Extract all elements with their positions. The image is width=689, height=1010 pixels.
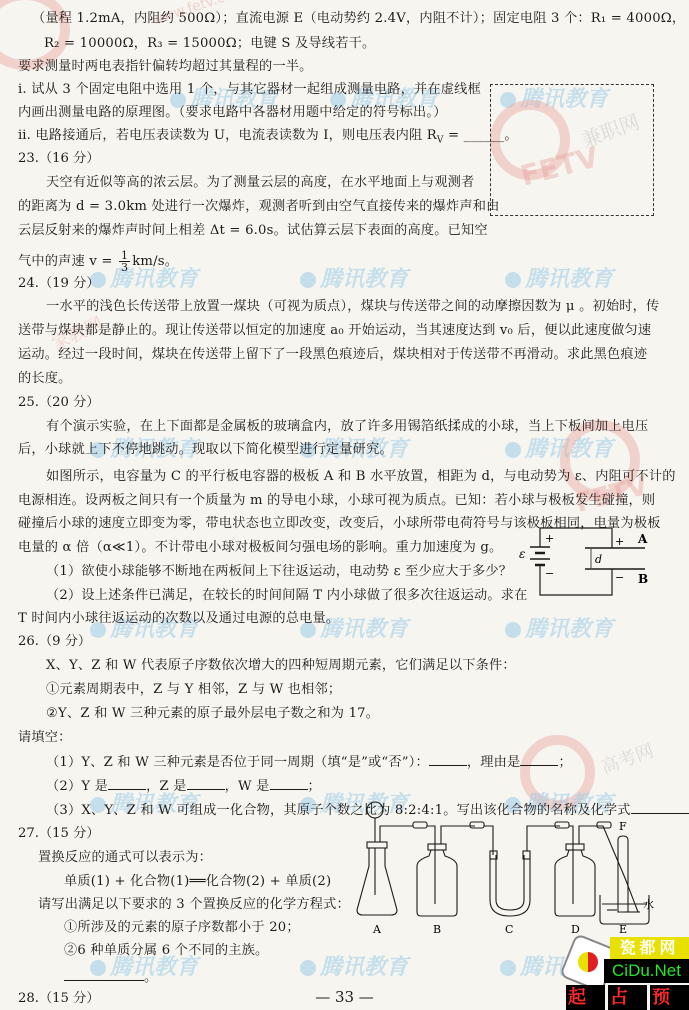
apparatus-label-f: F (619, 820, 627, 833)
answer-blank[interactable] (429, 753, 467, 766)
watermark-fetv-circle (520, 735, 595, 810)
exam-page: www.fetv.cc 腾讯教育 腾讯教育 腾讯教育 FETV 兼职网 腾讯教育… (0, 0, 689, 1010)
q22-requirement: 要求测量时两电表指针偏转均超过其量程的一半。 (18, 58, 313, 76)
apparatus-label-e: E (619, 923, 627, 935)
punctuation: ； (558, 755, 571, 770)
q23-text-line: 气中的声速 v = 13km/s。 (18, 250, 178, 273)
q23-sound-speed-label: 气中的声速 v = (18, 254, 117, 269)
q22-sub-i: 内画出测量电路的原理图。（要求电路中各器材用题中给定的符号标出。） (18, 104, 447, 122)
q24-text-line: 的长度。 (18, 370, 72, 388)
punctuation: 。 (144, 970, 157, 985)
q27-requirement: ②6 种单质分属 6 个不同的主族。 (64, 942, 268, 960)
q23-text-line: 云层反射来的爆炸声时间上相差 Δt = 6.0s。试估算云层下表面的高度。已知空 (18, 222, 488, 240)
answer-blank[interactable] (270, 777, 308, 790)
q25-subquestion: T 时间内小球往返运动的次数以及通过电源的总电量。 (18, 610, 339, 628)
answer-blank[interactable] (108, 777, 146, 790)
q27-text-line: 请写出满足以下要求的 3 个置换反应的化学方程式： (38, 896, 350, 914)
capacitor-circuit-diagram: + − ε d + − A B (505, 525, 655, 600)
gap-label: d (595, 553, 602, 566)
circuit-drawing-box[interactable] (490, 84, 654, 216)
q24-text-line: 一水平的浅色长传送带上放置一煤块（可视为质点），煤块与传送带之间的动摩擦因数为 … (46, 298, 659, 316)
plate-minus-label: − (615, 571, 624, 584)
answer-blank[interactable] (520, 753, 558, 766)
q22-continuation-line: R₂ = 10000Ω，R₃ = 15000Ω；电键 S 及导线若干。 (44, 35, 375, 53)
answer-blank[interactable] (187, 777, 225, 790)
oxygen-apparatus-diagram: A B C D E F 水 (355, 800, 655, 935)
question-number: 24.（19 分） (18, 275, 100, 293)
emf-label: ε (519, 547, 525, 561)
watermark-tencent: 腾讯教育 (505, 432, 613, 463)
apparatus-label-c: C (505, 923, 513, 935)
q27-requirement: ①所涉及的元素的原子序数都小于 20； (64, 919, 300, 937)
q26-sub-1-text: （1）Y、Z 和 W 三种元素是否位于同一周期（填“是”或“否”）： (46, 755, 429, 770)
plate-b-label: B (638, 572, 648, 586)
logo-service: 起名 (566, 985, 605, 1010)
watermark-tencent: 腾讯教育 (300, 262, 408, 293)
q25-text-line: 电量的 α 倍（α≪1）。不计带电小球对极板间匀强电场的影响。重力加速度为 g。 (18, 539, 502, 557)
q25-text-line: 后，小球就上下不停地跳动。现取以下简化模型进行定量研究。 (18, 441, 393, 459)
q27-text-line: 置换反应的通式可以表示为： (38, 849, 212, 867)
apparatus-label-b: B (433, 923, 441, 935)
q25-subquestion: （2）设上述条件已满足，在较长的时间间隔 T 内小球做了很多次往返运动。求在 (46, 587, 528, 605)
q22-sub-i: ⅰ. 试从 3 个固定电阻中选用 1 个，与其它器材一起组成测量电路，并在虚线框 (18, 81, 481, 99)
logo-service: 占卜 (608, 985, 647, 1010)
watermark-tencent: 腾讯教育 (505, 262, 613, 293)
subscript: V (437, 136, 444, 146)
fraction: 13 (119, 250, 130, 273)
water-label: 水 (643, 897, 654, 911)
yin-yang-icon (578, 952, 598, 972)
q27-answer: 。 (64, 968, 157, 987)
logo-domain: CiDu.Net (604, 959, 689, 983)
question-number: 23.（16 分） (18, 150, 100, 168)
question-number: 26.（9 分） (18, 633, 91, 651)
q25-text-line: 如图所示，电容量为 C 的平行板电容器的极板 A 和 B 水平放置，相距为 d，… (46, 468, 676, 486)
apparatus-label-a: A (372, 923, 382, 935)
battery-plus-label: + (545, 532, 554, 545)
question-number: 25.（20 分） (18, 394, 100, 412)
battery-minus-label: − (545, 567, 554, 580)
q23-text-line: 天空有近似等高的浓云层。为了测量云层的高度，在水平地面上与观测者 (46, 174, 474, 192)
fraction-denominator: 3 (119, 262, 130, 273)
unit: km/s。 (132, 254, 178, 269)
q23-text-line: 的距离为 d = 3.0km 处进行一次爆炸，观测者听到由空气直接传来的爆炸声和… (18, 198, 500, 216)
answer-blank[interactable] (64, 968, 144, 981)
q26-text-line: X、Y、Z 和 W 代表原子序数依次增大的四种短周期元素，它们满足以下条件： (46, 657, 516, 675)
q22-sub-ii-text: ⅱ. 电路接通后，若电压表读数为 U，电流表读数为 I，则电压表内阻 R (18, 128, 437, 143)
q27-general-equation: 单质(1) + 化合物(1)══化合物(2) + 单质(2) (64, 873, 331, 891)
q25-text-line: 电源相连。设两板之间只有一个质量为 m 的导电小球，小球可视为质点。已知：若小球… (18, 492, 655, 510)
q26-reason-label: ，理由是 (467, 755, 521, 770)
cidu-logo[interactable]: 瓷都网 CiDu.Net 起名 占卜 预测 (566, 937, 689, 1010)
q26-condition: ②Y、Z 和 W 三种元素的原子最外层电子数之和为 17。 (46, 705, 379, 723)
q22-continuation-line: （量程 1.2mA，内阻约 500Ω）；直流电源 E（电动势约 2.4V，内阻不… (32, 10, 685, 28)
q22-sub-ii: ⅱ. 电路接通后，若电压表读数为 U，电流表读数为 I，则电压表内阻 RV = … (18, 127, 518, 150)
logo-title: 瓷都网 (610, 937, 689, 959)
punctuation: ； (308, 779, 321, 794)
q26-w-label: ，W 是 (225, 779, 270, 794)
q26-sub-2: （2）Y 是，Z 是，W 是； (46, 777, 321, 796)
q26-z-label: ，Z 是 (146, 779, 187, 794)
q26-condition: ①元素周期表中，Z 与 Y 相邻，Z 与 W 也相邻； (46, 681, 341, 699)
q25-text-line: 有个演示实验，在上下面都是金属板的玻璃盒内，放了许多用锡箔纸揉成的小球，当上下板… (46, 418, 648, 436)
watermark-tencent: 腾讯教育 (300, 950, 408, 981)
q24-text-line: 送带与煤块都是静止的。现让传送带以恒定的加速度 a₀ 开始运动，当其速度达到 v… (18, 322, 651, 340)
logo-service: 预测 (650, 985, 689, 1010)
q26-y-label: （2）Y 是 (46, 779, 108, 794)
question-number: 27.（15 分） (18, 825, 100, 843)
logo-services: 起名 占卜 预测 (566, 985, 689, 1010)
watermark-tencent: 腾讯教育 (505, 612, 613, 643)
q24-text-line: 运动。经过一段时间，煤块在传送带上留下了一段黑色痕迹后，煤块相对于传送带不再滑动… (18, 346, 647, 364)
apparatus-label-d: D (571, 923, 580, 935)
q25-subquestion: （1）欲使小球能够不断地在两板间上下往返运动，电动势 ε 至少应大于多少？ (46, 563, 512, 581)
q26-sub-1: （1）Y、Z 和 W 三种元素是否位于同一周期（填“是”或“否”）：，理由是； (46, 753, 572, 772)
q26-fill-prompt: 请填空： (18, 729, 72, 747)
watermark-gaokao: 高考网 (597, 737, 657, 780)
plate-plus-label: + (615, 535, 624, 548)
plate-a-label: A (637, 532, 648, 546)
